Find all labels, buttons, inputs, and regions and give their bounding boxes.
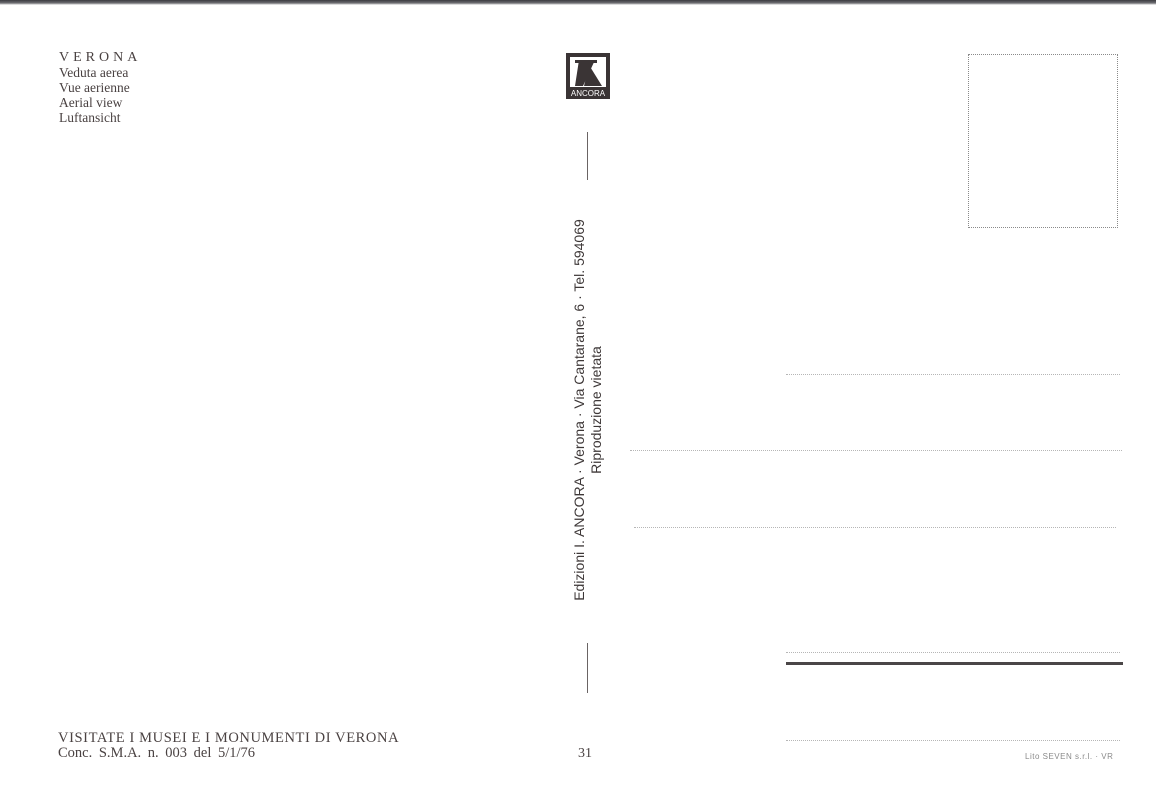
card-number: 31: [578, 746, 592, 762]
logo-text: ANCORA: [571, 89, 606, 98]
address-underline: [786, 662, 1123, 665]
ancora-logo-icon: ANCORA: [566, 53, 610, 99]
divider-top: [587, 132, 588, 180]
publisher-imprint: Edizioni I. ANCORA · Verona · Via Cantar…: [571, 219, 605, 601]
caption-english: Aerial view: [59, 95, 141, 110]
address-line-3: [634, 527, 1116, 528]
footer-museums: VISITATE I MUSEI E I MONUMENTI DI VERONA: [58, 731, 399, 746]
stamp-placeholder: [968, 54, 1118, 228]
caption-block: VERONA Veduta aerea Vue aerienne Aerial …: [59, 50, 141, 125]
caption-german: Luftansicht: [59, 110, 141, 125]
address-line-1: [786, 374, 1120, 375]
publisher-address: Edizioni I. ANCORA · Verona · Via Cantar…: [571, 219, 587, 601]
caption-italian: Veduta aerea: [59, 65, 141, 80]
reproduction-notice: Riproduzione vietata: [588, 219, 605, 601]
printer-credit: Lito SEVEN s.r.l. · VR: [1025, 752, 1113, 761]
caption-french: Vue aerienne: [59, 80, 141, 95]
card-top-edge: [0, 0, 1156, 5]
divider-bottom: [587, 643, 588, 693]
address-line-4: [786, 652, 1120, 653]
caption-city: VERONA: [59, 50, 141, 65]
address-line-5: [786, 740, 1120, 741]
address-line-2: [630, 450, 1122, 451]
footer-text: VISITATE I MUSEI E I MONUMENTI DI VERONA…: [58, 731, 399, 761]
footer-concession: Conc. S.M.A. n. 003 del 5/1/76: [58, 746, 399, 761]
